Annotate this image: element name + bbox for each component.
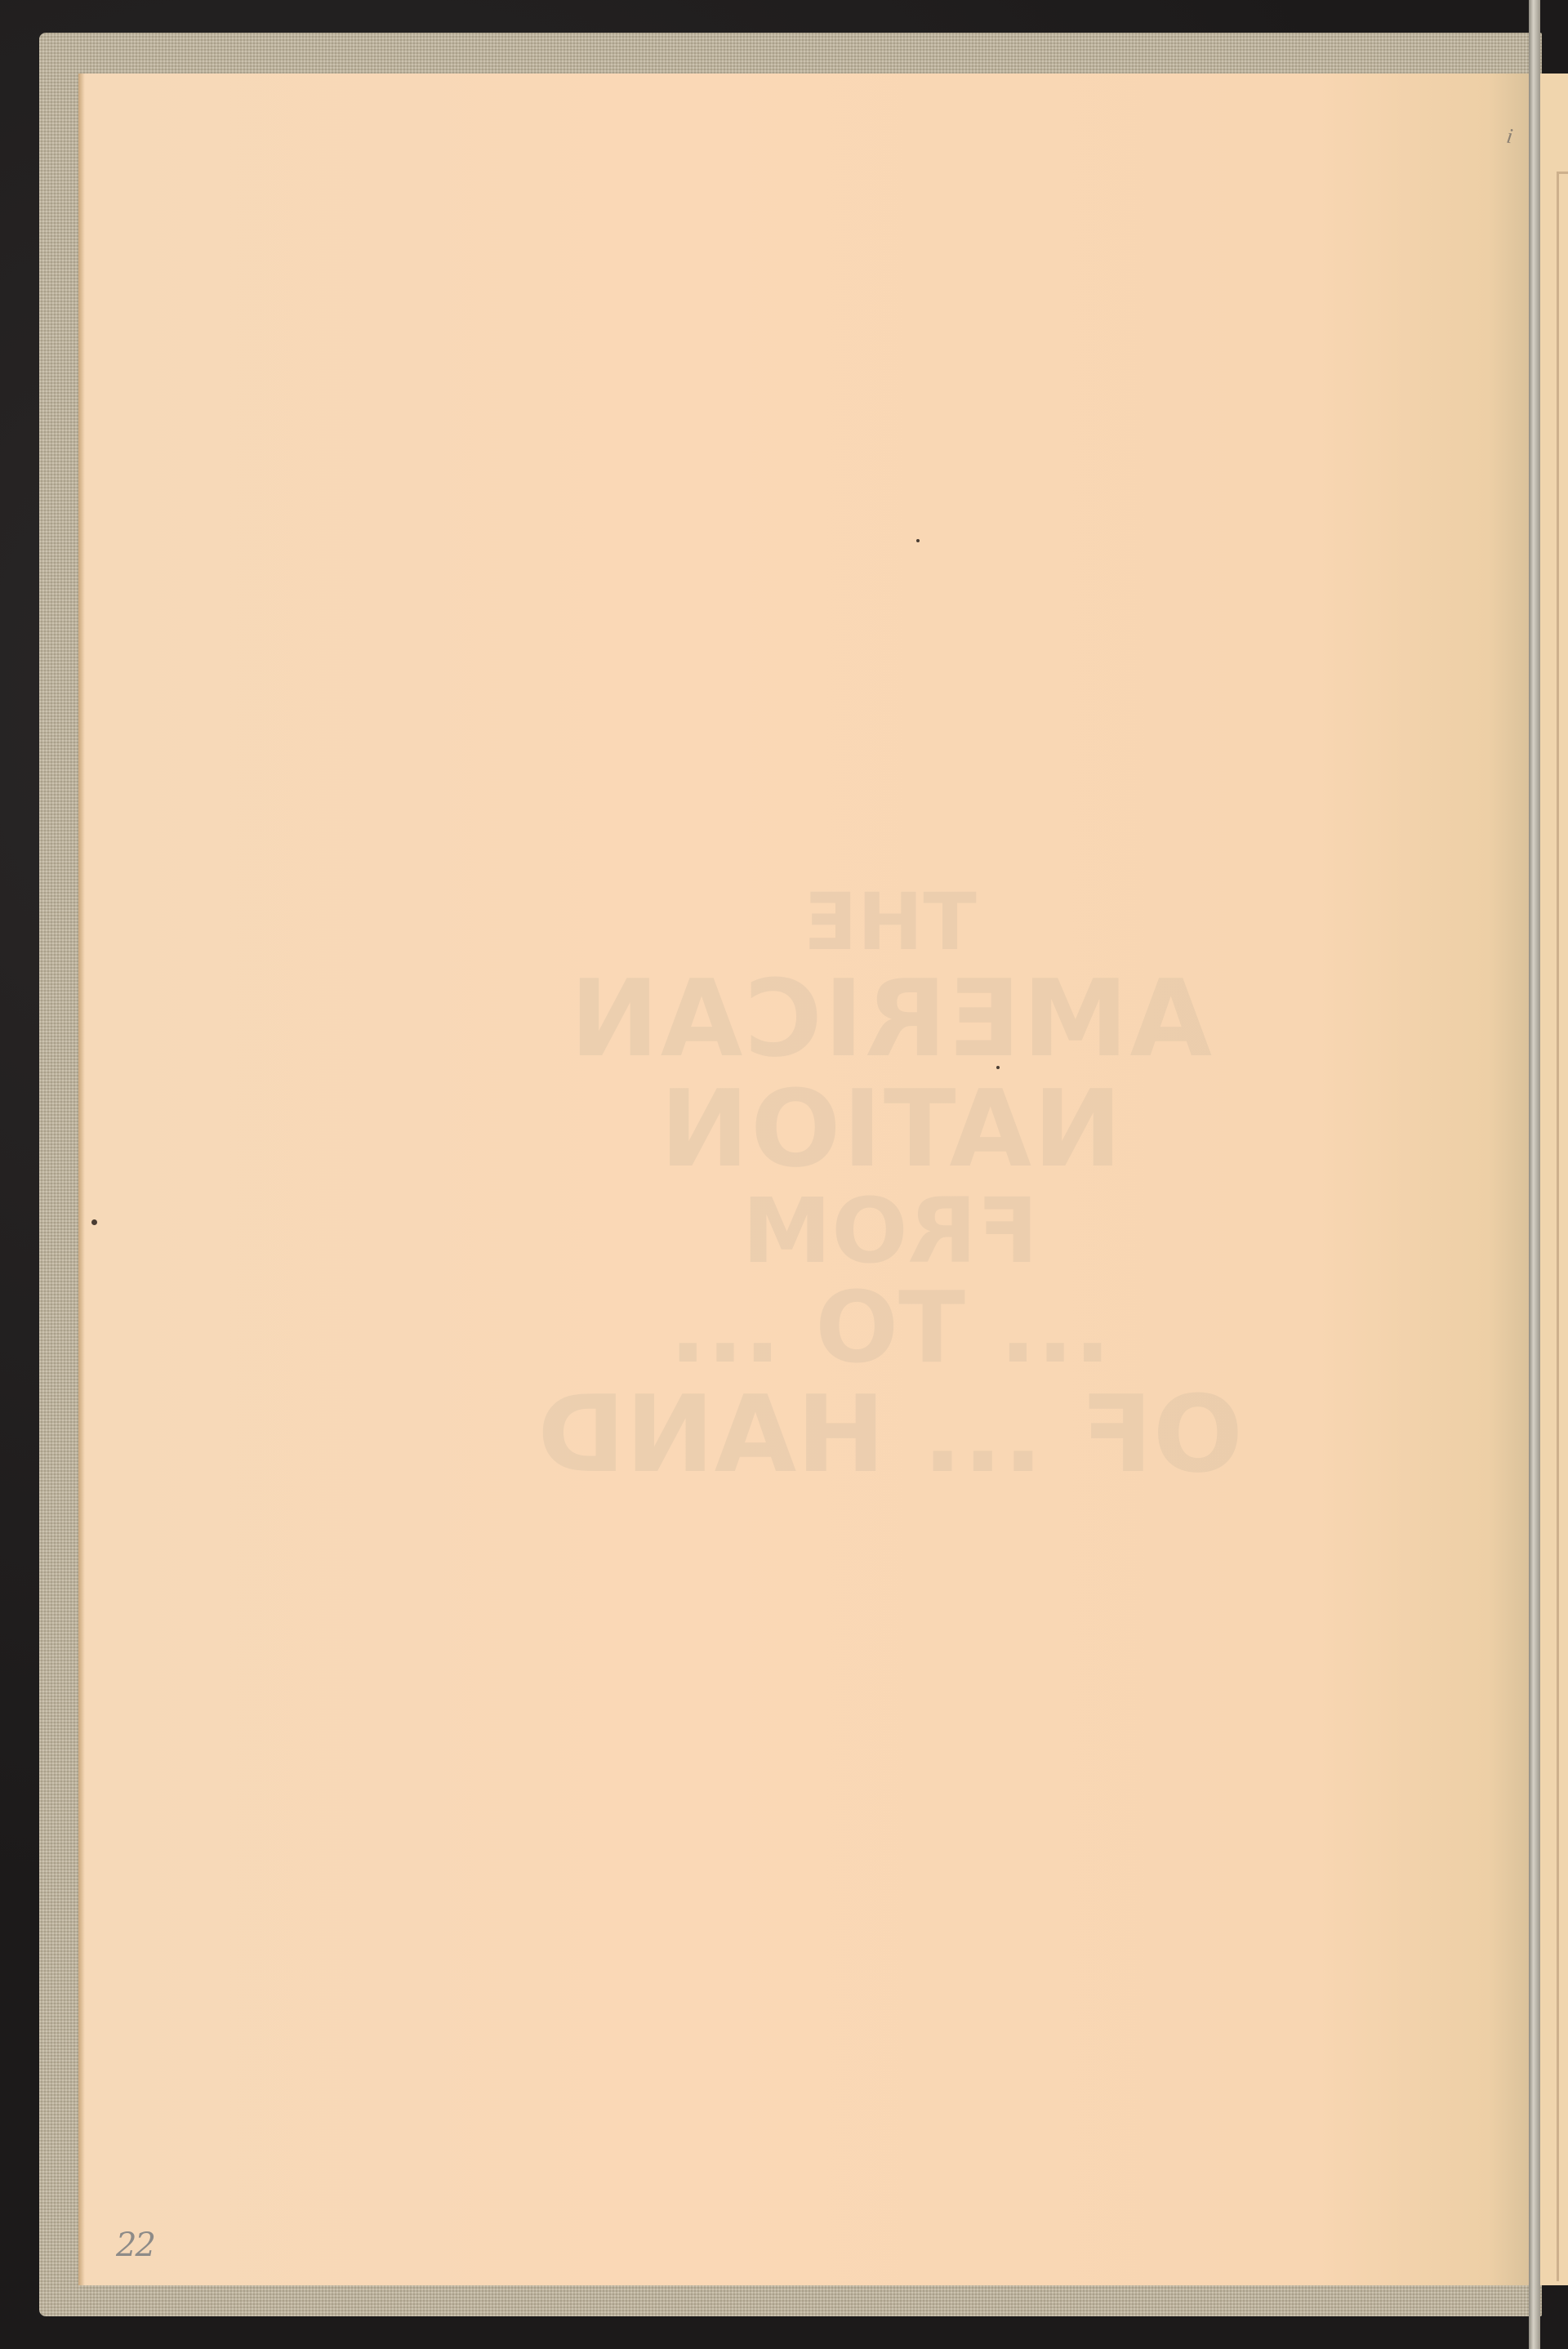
paper-speck bbox=[916, 539, 920, 542]
paper-speck bbox=[91, 1219, 97, 1225]
showthrough-line: AMERICAN NATION bbox=[408, 964, 1372, 1184]
showthrough-line: ... TO ... bbox=[408, 1278, 1372, 1380]
pencil-page-number: 22 bbox=[116, 2226, 154, 2264]
mirrored-showthrough-text: THE AMERICAN NATION FROM ... TO ... OF .… bbox=[408, 882, 1372, 1491]
showthrough-line: THE bbox=[408, 882, 1372, 964]
paper-speck bbox=[996, 1066, 1000, 1069]
gutter-strip bbox=[1529, 0, 1540, 2349]
page-left-shadow bbox=[78, 74, 85, 2285]
showthrough-line: OF ... HAND bbox=[408, 1380, 1372, 1490]
showthrough-line: FROM bbox=[408, 1184, 1372, 1277]
facing-page-border bbox=[1557, 172, 1568, 2281]
